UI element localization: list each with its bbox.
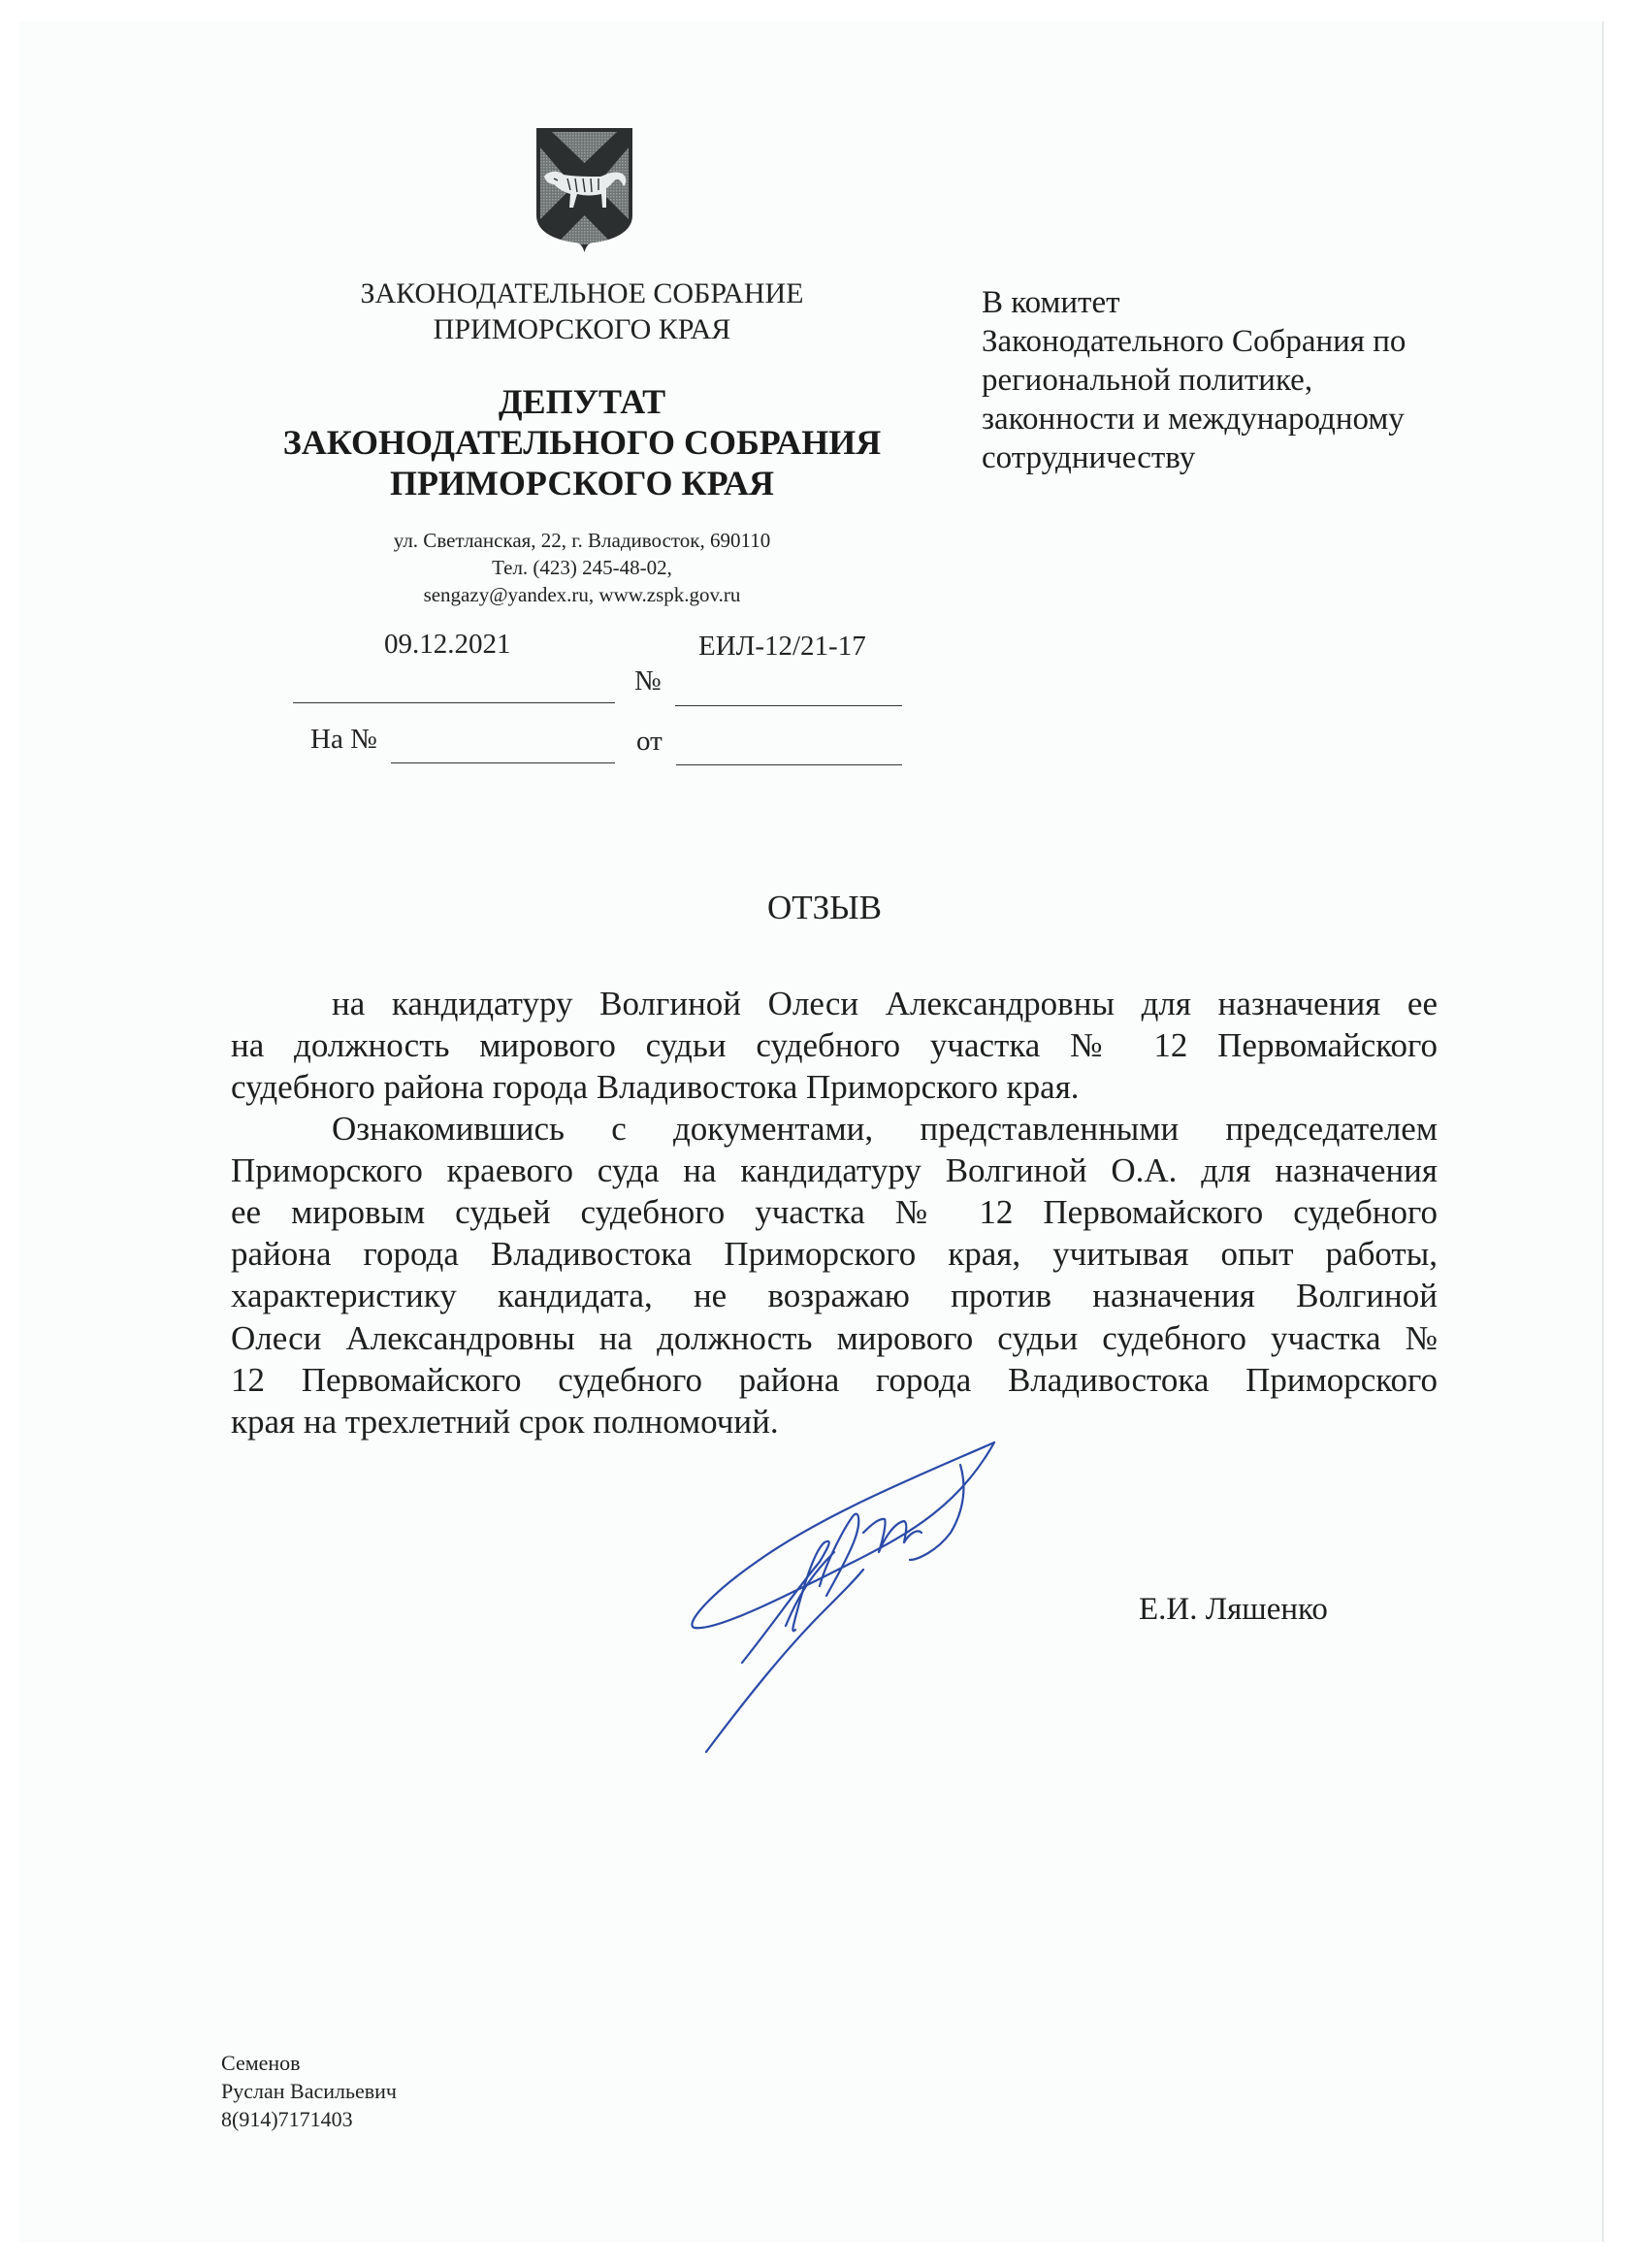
number-underline — [675, 705, 902, 706]
number-label: № — [634, 665, 662, 697]
addressee-line: В комитет — [982, 283, 1406, 322]
outgoing-number: ЕИЛ-12/21-17 — [698, 631, 866, 663]
from-label: от — [636, 726, 663, 758]
from-underline — [676, 764, 902, 765]
body-line: 12 Первомайского судебного района города… — [231, 1359, 1438, 1401]
document-title: ОТЗЫВ — [0, 889, 1649, 927]
body-line: судебного района города Владивостока При… — [231, 1066, 1438, 1108]
signer-name: Е.И. Ляшенко — [1139, 1592, 1328, 1628]
handwritten-signature — [679, 1436, 1183, 1766]
body-line: Приморского краевого суда на кандидатуру… — [231, 1150, 1438, 1191]
organization-line: ЗАКОНОДАТЕЛЬНОЕ СОБРАНИЕ — [281, 275, 883, 311]
executor-contact: Семенов Руслан Васильевич 8(914)7171403 — [221, 2049, 397, 2133]
body-line: Ознакомившись с документами, представлен… — [332, 1108, 1438, 1150]
contact-address: ул. Светланская, 22, г. Владивосток, 690… — [291, 527, 873, 608]
email-web-line: sengazy@yandex.ru, www.zspk.gov.ru — [291, 581, 873, 608]
organization-line: ПРИМОРСКОГО КРАЯ — [281, 311, 883, 347]
date-underline — [293, 702, 615, 703]
addressee-block: В комитет Законодательного Собрания по р… — [982, 283, 1406, 477]
deputy-title-line: ЗАКОНОДАТЕЛЬНОГО СОБРАНИЯ — [233, 422, 931, 463]
executor-given-names: Руслан Васильевич — [221, 2077, 397, 2105]
deputy-title-line: ПРИМОРСКОГО КРАЯ — [233, 463, 931, 503]
body-line: на должность мирового судьи судебного уч… — [231, 1024, 1438, 1066]
body-line: на кандидатуру Волгиной Олеси Александро… — [332, 983, 1438, 1024]
address-line: ул. Светланская, 22, г. Владивосток, 690… — [291, 527, 873, 554]
addressee-line: законности и международному — [982, 400, 1406, 438]
organization-name: ЗАКОНОДАТЕЛЬНОЕ СОБРАНИЕ ПРИМОРСКОГО КРА… — [281, 275, 883, 347]
executor-phone: 8(914)7171403 — [221, 2105, 397, 2133]
addressee-line: региональной политике, — [982, 361, 1406, 400]
executor-surname: Семенов — [221, 2049, 397, 2077]
reply-to-label: На № — [310, 724, 377, 756]
addressee-line: сотрудничеству — [982, 438, 1406, 477]
body-line: характеристику кандидата, не возражаю пр… — [231, 1275, 1438, 1316]
deputy-title-line: ДЕПУТАТ — [233, 381, 931, 422]
body-line: ее мировым судьей судебного участка № 12… — [231, 1191, 1438, 1233]
deputy-title: ДЕПУТАТ ЗАКОНОДАТЕЛЬНОГО СОБРАНИЯ ПРИМОР… — [233, 381, 931, 503]
reply-to-underline — [391, 762, 615, 763]
body-line: Олеси Александровны на должность мировог… — [231, 1317, 1438, 1359]
body-line: района города Владивостока Приморского к… — [231, 1233, 1438, 1275]
addressee-line: Законодательного Собрания по — [982, 322, 1406, 361]
outgoing-date: 09.12.2021 — [384, 629, 511, 661]
phone-line: Тел. (423) 245-48-02, — [291, 554, 873, 581]
coat-of-arms-icon — [534, 126, 634, 254]
